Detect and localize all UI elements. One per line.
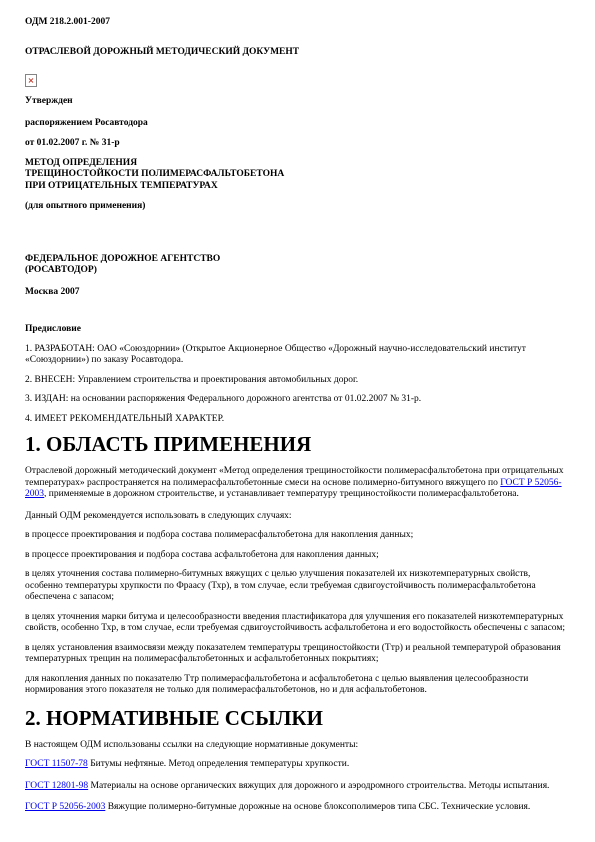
section-1-intro-before-link: Отраслевой дорожный методический докумен… (25, 466, 563, 488)
case-item: в целях уточнения марки битума и целесоо… (25, 612, 570, 635)
doc-type: ОТРАСЛЕВОЙ ДОРОЖНЫЙ МЕТОДИЧЕСКИЙ ДОКУМЕН… (25, 47, 570, 59)
doc-title: МЕТОД ОПРЕДЕЛЕНИЯ ТРЕЩИНОСТОЙКОСТИ ПОЛИМ… (25, 158, 570, 193)
reference-text: Вяжущие полимерно-битумные дорожные на о… (105, 802, 530, 812)
reference-text: Битумы нефтяные. Метод определения темпе… (88, 759, 349, 769)
reference-text: Материалы на основе органических вяжущих… (88, 781, 549, 791)
agency-line-1: ФЕДЕРАЛЬНОЕ ДОРОЖНОЕ АГЕНТСТВО (25, 254, 220, 264)
broken-image-icon: × (25, 74, 37, 87)
document-page: ОДМ 218.2.001-2007 ОТРАСЛЕВОЙ ДОРОЖНЫЙ М… (0, 0, 595, 842)
gost-r-52056-2003-link[interactable]: ГОСТ Р 52056-2003 (25, 802, 105, 812)
section-1-intro-paragraph: Отраслевой дорожный методический докумен… (25, 466, 570, 501)
city-year: Москва 2007 (25, 287, 570, 299)
approval-line-2: распоряжением Росавтодора (25, 118, 570, 130)
preface-heading: Предисловие (25, 324, 570, 336)
gost-12801-98-link[interactable]: ГОСТ 12801-98 (25, 781, 88, 791)
preface-item: 2. ВНЕСЕН: Управлением строительства и п… (25, 375, 570, 387)
case-item: в процессе проектирования и подбора сост… (25, 550, 570, 562)
broken-image-x-glyph: × (26, 75, 36, 86)
approval-line-3: от 01.02.2007 г. № 31-р (25, 138, 570, 150)
agency-name: ФЕДЕРАЛЬНОЕ ДОРОЖНОЕ АГЕНТСТВО (РОСАВТОД… (25, 254, 570, 277)
gost-11507-78-link[interactable]: ГОСТ 11507-78 (25, 759, 88, 769)
broken-image-row: × (25, 74, 570, 87)
doc-title-line-2: ТРЕЩИНОСТОЙКОСТИ ПОЛИМЕРАСФАЛЬТОБЕТОНА (25, 169, 284, 179)
section-1-intro-after-link: , применяемые в дорожном строительстве, … (44, 489, 519, 499)
preface-item: 1. РАЗРАБОТАН: ОАО «Союздорнии» (Открыто… (25, 344, 570, 367)
preface-item: 4. ИМЕЕТ РЕКОМЕНДАТЕЛЬНЫЙ ХАРАКТЕР. (25, 414, 570, 426)
agency-line-2: (РОСАВТОДОР) (25, 265, 97, 275)
section-2-heading: 2. НОРМАТИВНЫЕ ССЫЛКИ (25, 707, 570, 730)
approval-line-1: Утвержден (25, 96, 570, 108)
doc-number: ОДМ 218.2.001-2007 (25, 17, 570, 29)
references-intro: В настоящем ОДМ использованы ссылки на с… (25, 740, 570, 752)
usage-intro: Данный ОДМ рекомендуется использовать в … (25, 511, 570, 523)
reference-item: ГОСТ Р 52056-2003 Вяжущие полимерно-биту… (25, 802, 570, 814)
doc-title-note: (для опытного применения) (25, 201, 570, 213)
section-1-heading: 1. ОБЛАСТЬ ПРИМЕНЕНИЯ (25, 433, 570, 456)
case-item: для накопления данных по показателю Ттр … (25, 674, 570, 697)
case-item: в целях уточнения состава полимерно-биту… (25, 569, 570, 604)
reference-item: ГОСТ 12801-98 Материалы на основе органи… (25, 781, 570, 793)
preface-item: 3. ИЗДАН: на основании распоряжения Феде… (25, 394, 570, 406)
reference-item: ГОСТ 11507-78 Битумы нефтяные. Метод опр… (25, 759, 570, 771)
case-item: в процессе проектирования и подбора сост… (25, 530, 570, 542)
case-item: в целях установления взаимосвязи между п… (25, 643, 570, 666)
doc-title-line-3: ПРИ ОТРИЦАТЕЛЬНЫХ ТЕМПЕРАТУРАХ (25, 181, 218, 191)
doc-title-line-1: МЕТОД ОПРЕДЕЛЕНИЯ (25, 158, 137, 168)
